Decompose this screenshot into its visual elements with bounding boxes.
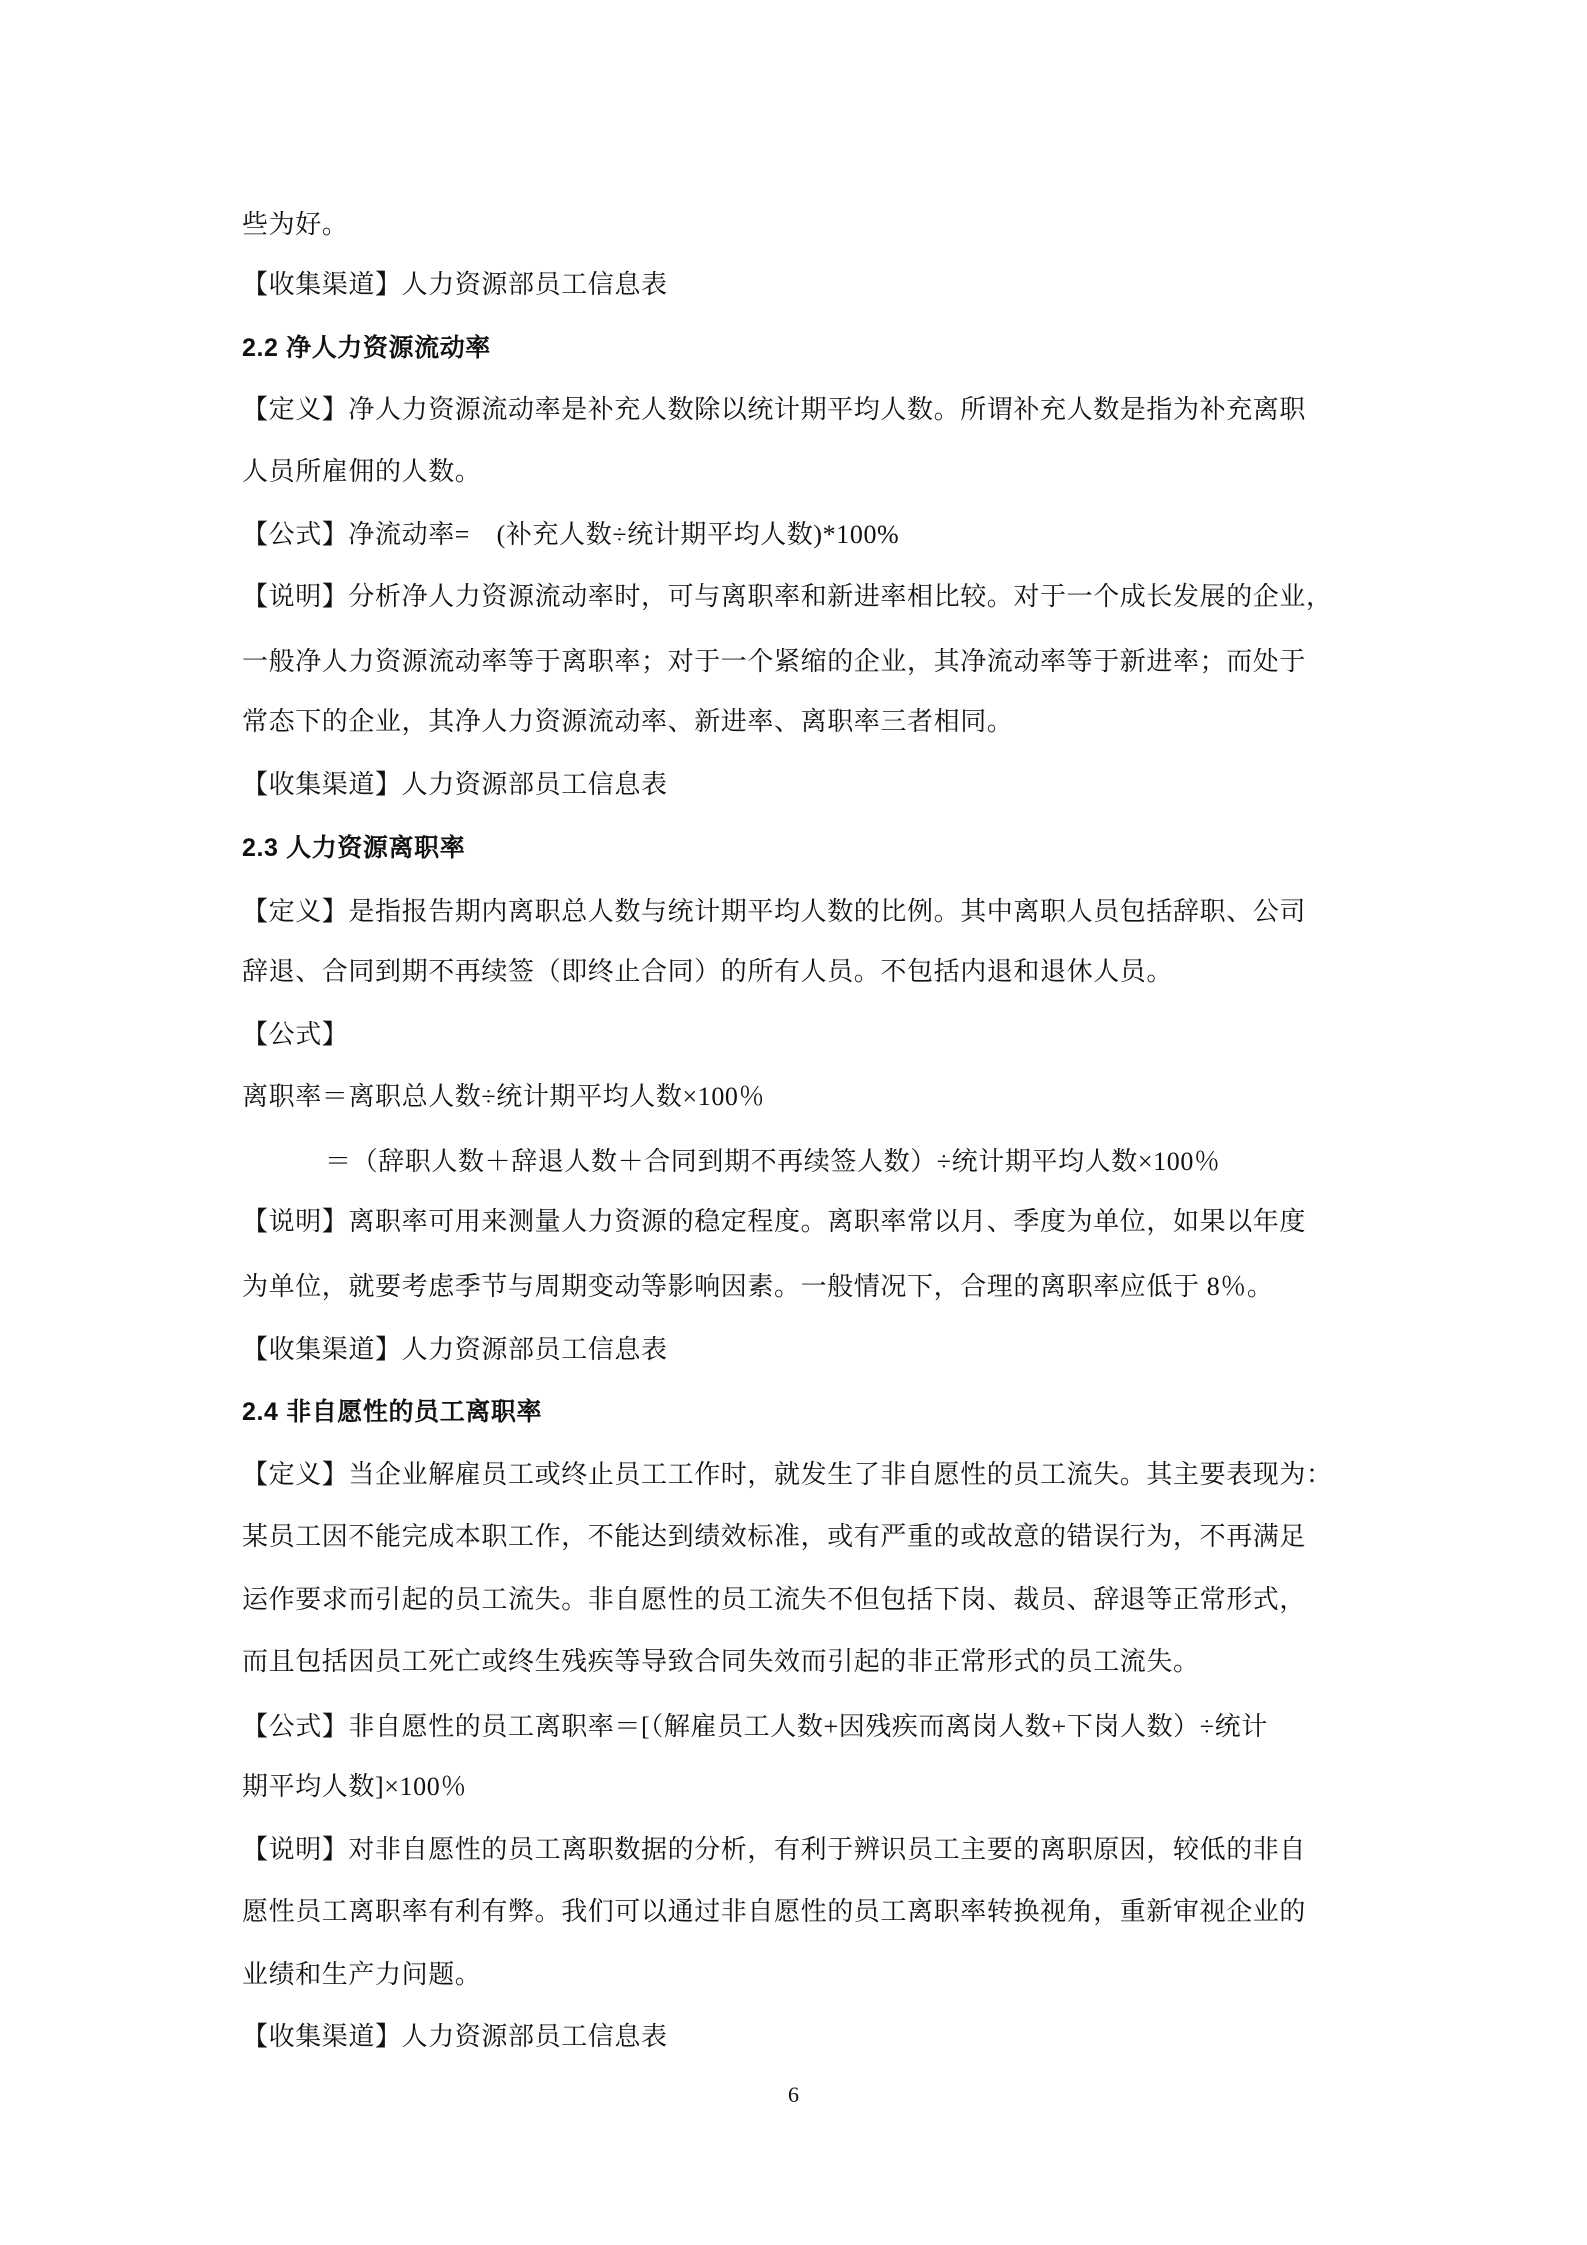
explanation-line: 【说明】分析净人力资源流动率时，可与离职率和新进率相比较。对于一个成长发展的企业… <box>242 580 1352 614</box>
section-heading-2-4: 2.4 非自愿性的员工离职率 <box>242 1395 1352 1429</box>
explanation-line: 【说明】离职率可用来测量人力资源的稳定程度。离职率常以月、季度为单位，如果以年度 <box>242 1205 1352 1239</box>
source-note: 【收集渠道】人力资源部员工信息表 <box>242 268 1352 302</box>
formula-line: 期平均人数]×100％ <box>242 1770 1352 1804</box>
definition-line: 辞退、合同到期不再续签（即终止合同）的所有人员。不包括内退和退休人员。 <box>242 955 1352 989</box>
definition-line: 某员工因不能完成本职工作，不能达到绩效标准，或有严重的或故意的错误行为，不再满足 <box>242 1520 1352 1554</box>
paragraph-continuation: 些为好。 <box>242 208 1352 242</box>
explanation-line: 常态下的企业，其净人力资源流动率、新进率、离职率三者相同。 <box>242 705 1352 739</box>
source-note: 【收集渠道】人力资源部员工信息表 <box>242 768 1352 802</box>
definition-line: 【定义】当企业解雇员工或终止员工工作时，就发生了非自愿性的员工流失。其主要表现为… <box>242 1458 1352 1492</box>
explanation-line: 【说明】对非自愿性的员工离职数据的分析，有利于辨识员工主要的离职原因，较低的非自 <box>242 1833 1352 1867</box>
definition-line: 而且包括因员工死亡或终生残疾等导致合同失效而引起的非正常形式的员工流失。 <box>242 1645 1352 1679</box>
explanation-line: 为单位，就要考虑季节与周期变动等影响因素。一般情况下，合理的离职率应低于 8％。 <box>242 1270 1352 1304</box>
formula-label: 【公式】 <box>242 1018 1352 1052</box>
definition-line: 运作要求而引起的员工流失。非自愿性的员工流失不但包括下岗、裁员、辞退等正常形式， <box>242 1583 1352 1617</box>
definition-line: 人员所雇佣的人数。 <box>242 455 1352 489</box>
formula-line: 离职率＝离职总人数÷统计期平均人数×100％ <box>242 1080 1352 1114</box>
definition-line: 【定义】净人力资源流动率是补充人数除以统计期平均人数。所谓补充人数是指为补充离职 <box>242 393 1352 427</box>
formula-line: 【公式】净流动率= (补充人数÷统计期平均人数)*100% <box>242 518 1352 552</box>
explanation-line: 一般净人力资源流动率等于离职率；对于一个紧缩的企业，其净流动率等于新进率；而处于 <box>242 645 1352 679</box>
formula-line-indented: ＝（辞职人数＋辞退人数＋合同到期不再续签人数）÷统计期平均人数×100％ <box>325 1145 1435 1179</box>
source-note: 【收集渠道】人力资源部员工信息表 <box>242 1333 1352 1367</box>
section-heading-2-3: 2.3 人力资源离职率 <box>242 831 1352 865</box>
source-note: 【收集渠道】人力资源部员工信息表 <box>242 2020 1352 2054</box>
section-heading-2-2: 2.2 净人力资源流动率 <box>242 331 1352 365</box>
explanation-line: 愿性员工离职率有利有弊。我们可以通过非自愿性的员工离职率转换视角，重新审视企业的 <box>242 1895 1352 1929</box>
formula-line: 【公式】非自愿性的员工离职率＝[（解雇员工人数+因残疾而离岗人数+下岗人数）÷统… <box>242 1710 1352 1744</box>
explanation-line: 业绩和生产力问题。 <box>242 1958 1352 1992</box>
document-page: 些为好。 【收集渠道】人力资源部员工信息表 2.2 净人力资源流动率 【定义】净… <box>0 0 1587 2245</box>
page-number: 6 <box>0 2080 1587 2110</box>
definition-line: 【定义】是指报告期内离职总人数与统计期平均人数的比例。其中离职人员包括辞职、公司 <box>242 895 1352 929</box>
